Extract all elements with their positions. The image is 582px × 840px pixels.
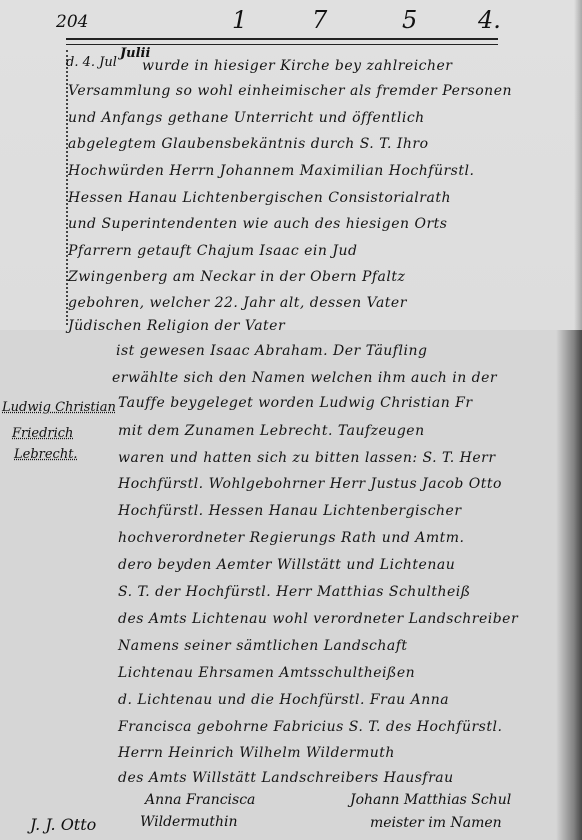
entry-line: Namens seiner sämtlichen Landschaft	[118, 638, 408, 654]
entry-line: mit dem Zunamen Lebrecht. Taufzeugen	[118, 423, 425, 439]
entry-line: waren und hatten sich zu bitten lassen: …	[118, 450, 496, 466]
entry-line: Hochfürstl. Hessen Hanau Lichtenbergisch…	[118, 503, 462, 519]
entry-line: und Anfangs gethane Unterricht und öffen…	[68, 110, 425, 126]
entry-line: Jüdischen Religion der Vater	[68, 318, 285, 334]
entry-line: abgelegtem Glaubensbekäntnis durch S. T.…	[68, 136, 429, 152]
entry-line: ist gewesen Isaac Abraham. Der Täufling	[116, 343, 427, 359]
entry-line: wurde in hiesiger Kirche bey zahlreicher	[142, 58, 453, 74]
margin-name-line: Friedrich	[12, 426, 73, 441]
year-digit-1: 1	[232, 6, 247, 34]
margin-name-line: Lebrecht.	[14, 447, 78, 462]
page-number: 204	[56, 12, 88, 32]
entry-line: dero beyden Aemter Willstätt und Lichten…	[118, 557, 455, 573]
entry-line: Hochfürstl. Wohlgebohrner Herr Justus Ja…	[118, 476, 502, 492]
entry-line: des Amts Willstätt Landschreibers Hausfr…	[118, 770, 454, 786]
entry-line: Francisca gebohrne Fabricius S. T. des H…	[118, 719, 502, 735]
signature-middle-2: Wildermuthin	[140, 814, 237, 830]
entry-date: d. 4. Jul	[66, 55, 117, 70]
entry-line: gebohren, welcher 22. Jahr alt, dessen V…	[68, 295, 407, 311]
page-edge	[574, 0, 582, 840]
entry-line: Herrn Heinrich Wilhelm Wildermuth	[118, 745, 395, 761]
entry-line: Lichtenau Ehrsamen Amtsschultheißen	[118, 665, 415, 681]
header-rule-thin	[66, 44, 498, 45]
signature-otto: J. J. Otto	[30, 815, 96, 834]
entry-line: Hessen Hanau Lichtenbergischen Consistor…	[68, 190, 451, 206]
entry-line: Zwingenberg am Neckar in der Obern Pfalt…	[68, 269, 405, 285]
entry-line: Hochwürden Herrn Johannem Maximilian Hoc…	[68, 163, 474, 179]
entry-line: Pfarrern getauft Chajum Isaac ein Jud	[68, 243, 357, 259]
entry-line: Tauffe beygeleget worden Ludwig Christia…	[118, 395, 473, 411]
entry-line: d. Lichtenau und die Hochfürstl. Frau An…	[118, 692, 449, 708]
signature-right-2: meister im Namen	[370, 815, 502, 831]
signature-right-1: Johann Matthias Schul	[350, 792, 511, 808]
entry-line: des Amts Lichtenau wohl verordneter Land…	[118, 611, 518, 627]
entry-line: und Superintendenten wie auch des hiesig…	[68, 216, 447, 232]
margin-name-line: Ludwig Christian	[2, 400, 116, 415]
signature-middle-1: Anna Francisca	[145, 792, 255, 808]
year-digit-3: 5	[402, 6, 417, 34]
entry-line: S. T. der Hochfürstl. Herr Matthias Schu…	[118, 584, 471, 600]
header-rule	[66, 38, 498, 40]
entry-line: erwählte sich den Namen welchen ihm auch…	[112, 370, 497, 386]
year-digit-4: 4.	[478, 6, 501, 34]
entry-line: Versammlung so wohl einheimischer als fr…	[68, 83, 512, 99]
entry-line: hochverordneter Regierungs Rath und Amtm…	[118, 530, 465, 546]
register-page: 204 1 7 5 4. d. 4. Jul Julii wurde in hi…	[0, 0, 582, 840]
year-digit-2: 7	[312, 6, 327, 34]
